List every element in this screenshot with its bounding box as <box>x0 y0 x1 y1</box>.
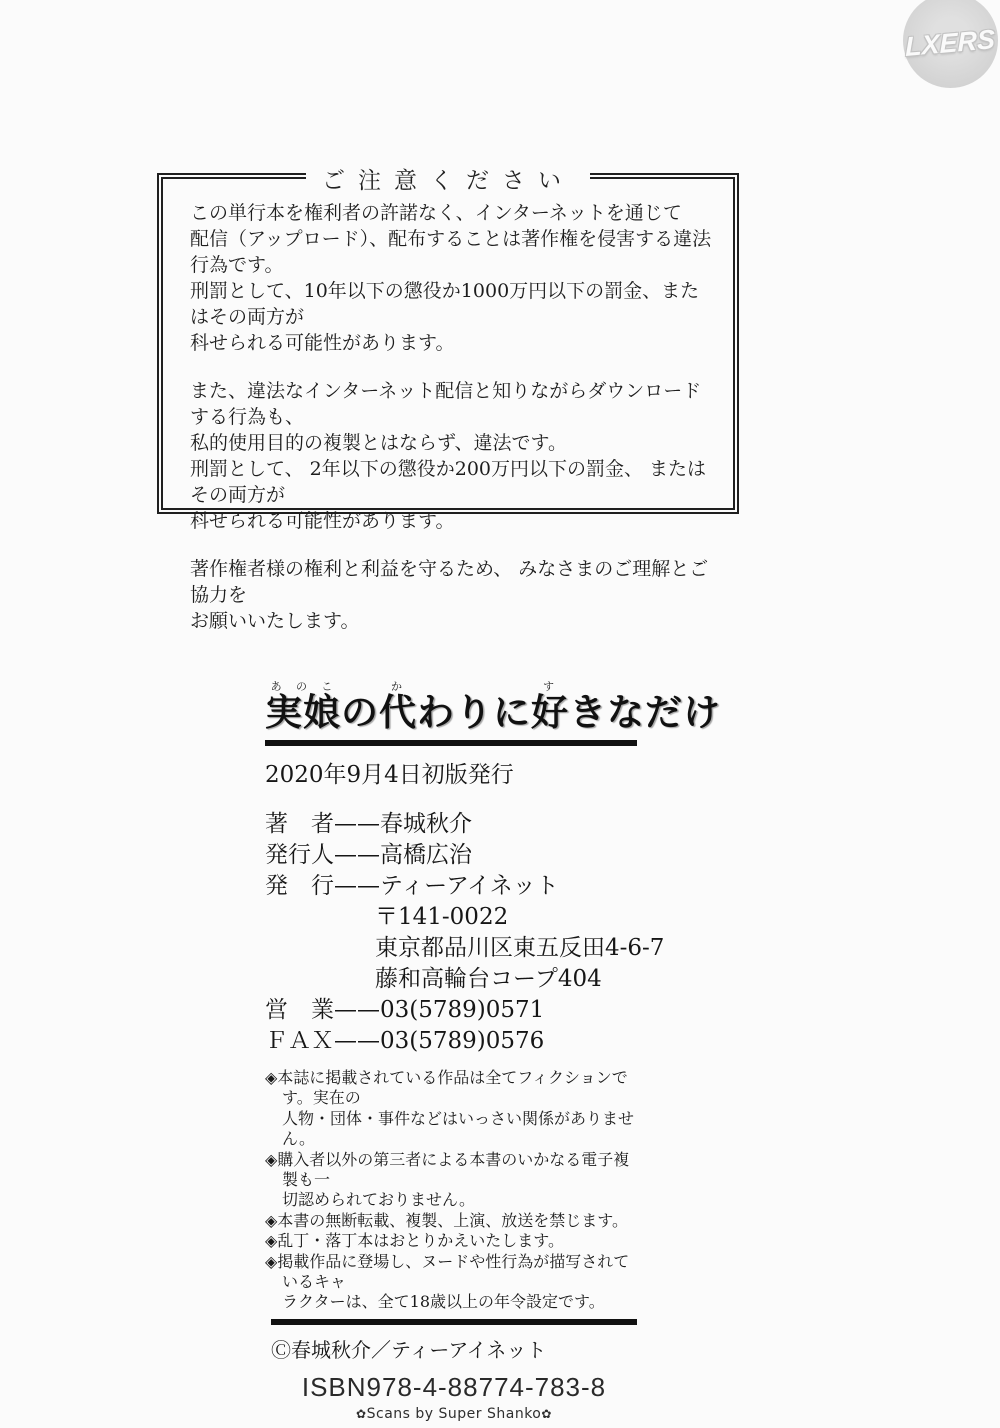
isbn-number: ISBN978-4-88774-783-8 <box>265 1372 643 1403</box>
book-title: 実娘あのこの代かわりに好すきなだけ <box>265 680 643 731</box>
note-defective-copies: ◈乱丁・落丁本はおとりかえいたします。 <box>265 1231 643 1251</box>
scans-credit-text: Scans by Super Shanko <box>367 1406 542 1422</box>
author-line: 著 者——春城秋介 <box>265 809 643 840</box>
title-divider-rule <box>265 740 637 746</box>
copyright-notice-box: ご注意ください この単行本を権利者の許諾なく、インターネットを通じて 配信（アッ… <box>157 173 739 514</box>
copyright-line: Ⓒ春城秋介／ティーアイネット <box>271 1334 643 1363</box>
footer-divider-rule <box>271 1319 637 1325</box>
flower-icon: ✿ <box>541 1407 552 1421</box>
notice-paragraph: 著作権者様の権利と利益を守るため、 みなさまのご理解とご協力を お願いいたします… <box>190 556 713 634</box>
publication-date: 2020年9月4日初版発行 <box>265 756 643 789</box>
scanned-colophon-page: LXERS ご注意ください この単行本を権利者の許諾なく、インターネットを通じて… <box>0 0 1000 1428</box>
note-fiction-disclaimer: ◈本誌に掲載されている作品は全てフィクションです。実在の 人物・団体・事件などは… <box>265 1068 643 1150</box>
note-no-electronic-copy: ◈購入者以外の第三者による本書のいかなる電子複製も一 切認められておりません。 <box>265 1150 643 1211</box>
scanner-watermark-badge: LXERS <box>903 0 998 88</box>
watermark-label: LXERS <box>905 24 995 63</box>
publisher-info: 著 者——春城秋介 発行人——高橋広治 発 行——ティーアイネット 〒141-0… <box>265 809 643 1057</box>
flower-icon: ✿ <box>356 1407 367 1421</box>
note-age-statement: ◈掲載作品に登場し、ヌードや性行為が描写されているキャ ラクターは、全て18歳以… <box>265 1252 643 1313</box>
publisher-line: 発 行——ティーアイネット <box>265 871 643 902</box>
notice-box-title: ご注意ください <box>306 162 590 195</box>
legal-notes: ◈本誌に掲載されている作品は全てフィクションです。実在の 人物・団体・事件などは… <box>265 1068 643 1313</box>
notice-paragraph: この単行本を権利者の許諾なく、インターネットを通じて 配信（アップロード）、配布… <box>190 200 713 356</box>
issuer-line: 発行人——高橋広治 <box>265 840 643 871</box>
fax-line: ＦＡＸ——03(5789)0576 <box>265 1026 643 1057</box>
address-line: 藤和高輪台コープ404 <box>265 964 643 995</box>
colophon-block: 実娘あのこの代かわりに好すきなだけ 2020年9月4日初版発行 著 者——春城秋… <box>265 680 643 1422</box>
notice-box-body: この単行本を権利者の許諾なく、インターネットを通じて 配信（アップロード）、配布… <box>163 179 733 634</box>
scans-credit: ✿Scans by Super Shanko✿ <box>265 1406 643 1422</box>
address-line: 東京都品川区東五反田4-6-7 <box>265 933 643 964</box>
sales-phone-line: 営 業——03(5789)0571 <box>265 995 643 1026</box>
notice-paragraph: また、違法なインターネット配信と知りながらダウンロードする行為も、 私的使用目的… <box>190 378 713 534</box>
note-no-reproduction: ◈本書の無断転載、複製、上演、放送を禁じます。 <box>265 1211 643 1231</box>
postal-code-line: 〒141-0022 <box>265 902 643 933</box>
